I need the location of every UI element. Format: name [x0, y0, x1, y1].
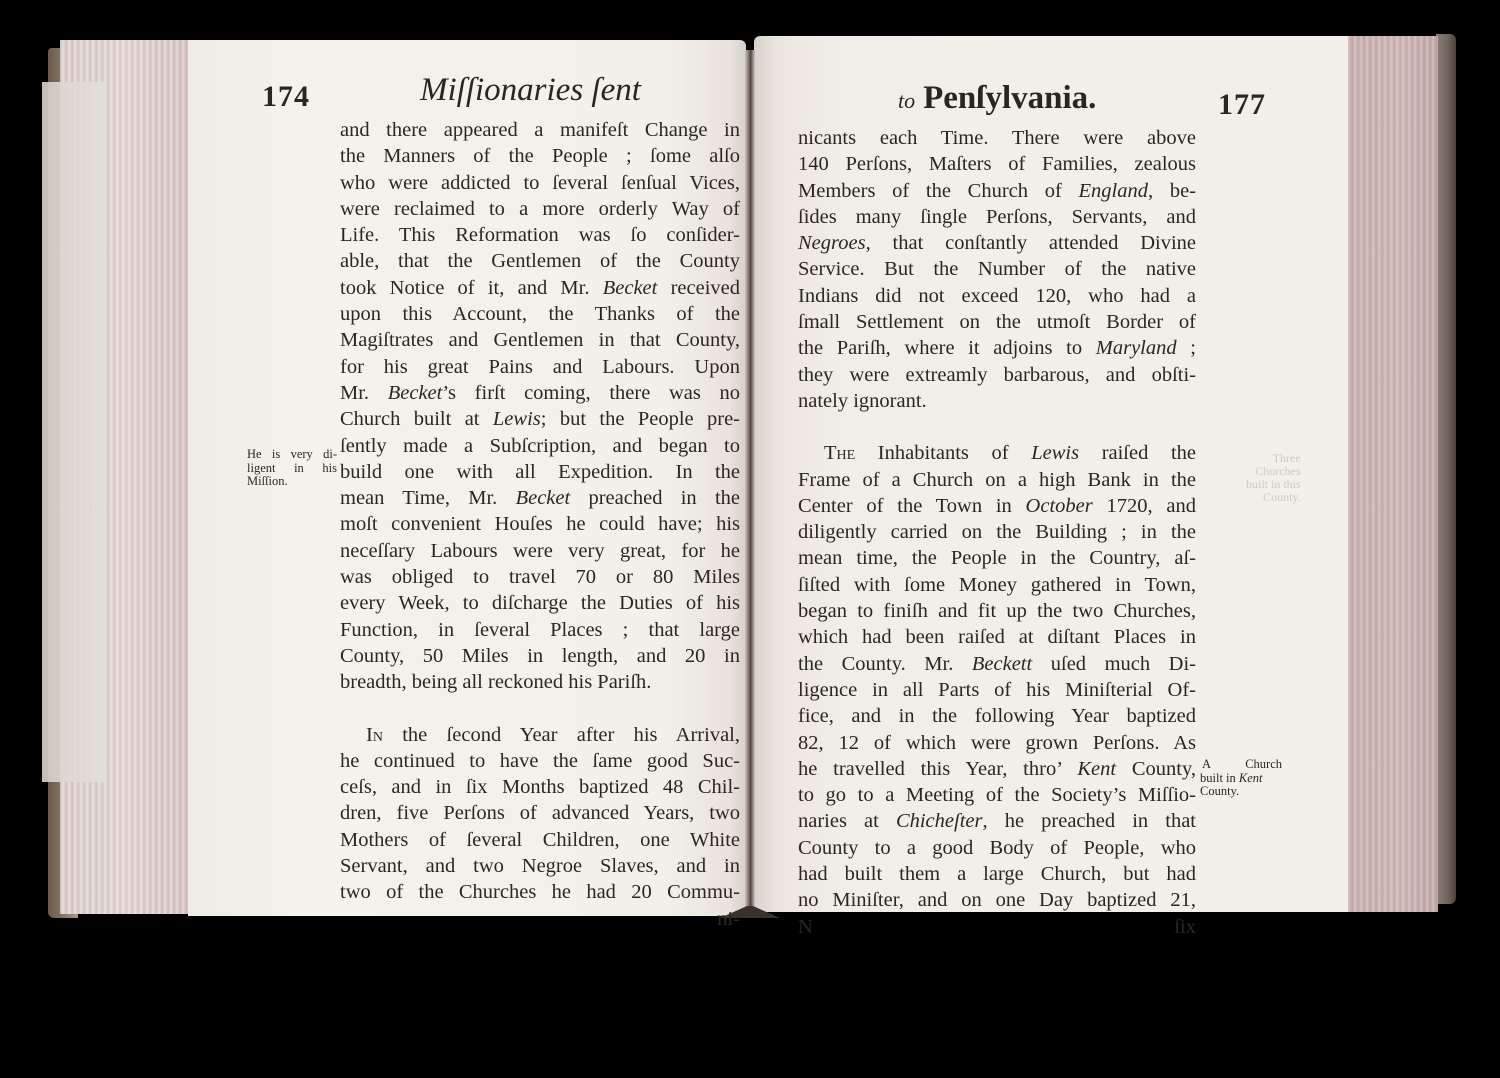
- right-page-stack: [1346, 36, 1438, 912]
- folded-leaf: [42, 82, 106, 782]
- text-line: mean time, the People in the Country, aſ…: [798, 545, 1196, 571]
- text-line: dren, five Perſons of advanced Years, tw…: [340, 800, 740, 826]
- margin-note-line: built in Kent: [1200, 772, 1282, 786]
- paragraph-gap: [798, 414, 1196, 440]
- text-line: Service. But the Number of the native: [798, 256, 1196, 282]
- italic-name: Becket: [516, 487, 571, 509]
- text-line: the Manners of the People ; ſome alſo: [340, 143, 740, 169]
- text-line: naries at Chicheſter, he preached in tha…: [798, 808, 1196, 834]
- text-run: Members of the Church of: [798, 180, 1062, 202]
- paragraph-gap: [340, 696, 740, 722]
- italic-name: Becket: [388, 382, 443, 404]
- text-line: Frame of a Church on a high Bank in the: [798, 467, 1196, 493]
- text-line: ſides many ſingle Perſons, Servants, and: [798, 204, 1196, 230]
- text-run: Mr.: [340, 382, 369, 404]
- text-line: no Miniſter, and on one Day baptized 21,: [798, 887, 1196, 913]
- text-line: upon this Account, the Thanks of the: [340, 301, 740, 327]
- text-run: , that conſtantly attended Divine: [866, 232, 1196, 254]
- right-body-text: nicants each Time. There were above 140 …: [798, 125, 1196, 940]
- left-body-text: and there appeared a manifeſt Change in …: [340, 117, 740, 932]
- dropcap-word: In: [366, 724, 383, 746]
- text-line: every Week, to diſcharge the Duties of h…: [340, 590, 740, 616]
- margin-note-line: ligent in his: [247, 462, 337, 476]
- text-line: he travelled this Year, thro’ Kent Count…: [798, 756, 1196, 782]
- text-line: began to finiſh and fit up the two Churc…: [798, 598, 1196, 624]
- text-line: mean Time, Mr. Becket preached in the: [340, 485, 740, 511]
- catchword: ſix: [1174, 914, 1196, 940]
- text-run: he travelled this Year, thro’: [798, 758, 1062, 780]
- text-line: able, that the Gentlemen of the County: [340, 248, 740, 274]
- margin-note-line: He is very di-: [247, 448, 337, 462]
- text-line: ſently made a Subſcription, and began to: [340, 433, 740, 459]
- italic-place: Chicheſter: [896, 810, 983, 832]
- italic-place: England: [1079, 180, 1148, 202]
- right-cover-edge: [1436, 34, 1456, 904]
- right-margin-note: A Church built in Kent County.: [1200, 758, 1282, 799]
- text-run: naries at: [798, 810, 879, 832]
- italic-place: Lewis: [493, 408, 541, 430]
- text-run: the Pariſh, where it adjoins to: [798, 337, 1082, 359]
- signature-and-catchword: Nſix: [798, 914, 1196, 940]
- text-run: Center of the Town in: [798, 495, 1012, 517]
- text-run: received: [671, 277, 740, 299]
- text-run: the County. Mr.: [798, 653, 953, 675]
- italic-place: Kent: [1077, 758, 1116, 780]
- text-line: In the ſecond Year after his Arrival,: [340, 722, 740, 748]
- text-line: for his great Pains and Labours. Upon: [340, 354, 740, 380]
- text-line: and there appeared a manifeſt Change in: [340, 117, 740, 143]
- text-line: ligence in all Parts of his Miniſterial …: [798, 677, 1196, 703]
- italic-name: Beckett: [972, 653, 1032, 675]
- text-line: moſt convenient Houſes he could have; hi…: [340, 511, 740, 537]
- text-run: Church built at: [340, 408, 480, 430]
- text-run: 1720, and: [1107, 495, 1197, 517]
- text-line: build one with all Expedition. In the: [340, 459, 740, 485]
- text-run: mean Time, Mr.: [340, 487, 497, 509]
- text-run: ; but the People pre-: [541, 408, 740, 430]
- text-line: The Inhabitants of Lewis raiſed the: [798, 440, 1196, 466]
- text-run: took Notice of it, and Mr.: [340, 277, 589, 299]
- italic-name: Becket: [603, 277, 658, 299]
- text-line: Mr. Becket’s firſt coming, there was no: [340, 380, 740, 406]
- text-line: he continued to have the ſame good Suc-: [340, 748, 740, 774]
- text-run: , he preached in that: [982, 810, 1196, 832]
- text-line: Servant, and two Negroe Slaves, and in: [340, 853, 740, 879]
- text-line: County to a good Body of People, who: [798, 835, 1196, 861]
- margin-note-line: A Church: [1200, 758, 1282, 772]
- italic-place: Kent: [1239, 771, 1263, 785]
- text-line: Center of the Town in October 1720, and: [798, 493, 1196, 519]
- text-line: nicants each Time. There were above: [798, 125, 1196, 151]
- text-line: Magiſtrates and Gentlemen in that County…: [340, 327, 740, 353]
- text-line: two of the Churches he had 20 Commu-: [340, 879, 740, 905]
- right-page-number: 177: [1218, 88, 1266, 122]
- text-line: diligently carried on the Building ; in …: [798, 519, 1196, 545]
- ghost-line: County.: [1246, 491, 1301, 504]
- left-margin-note: He is very di- ligent in his Miſſion.: [247, 448, 337, 489]
- text-run: ;: [1177, 337, 1196, 359]
- left-running-head: Miſſionaries ſent: [420, 72, 641, 109]
- text-line: Negroes, that conſtantly attended Divine: [798, 230, 1196, 256]
- text-line: took Notice of it, and Mr. Becket receiv…: [340, 275, 740, 301]
- text-line: nately ignorant.: [798, 388, 1196, 414]
- text-line: Church built at Lewis; but the People pr…: [340, 406, 740, 432]
- italic-month: October: [1026, 495, 1093, 517]
- text-line: Function, in ſeveral Places ; that large: [340, 617, 740, 643]
- text-line: to go to a Meeting of the Society’s Miſſ…: [798, 782, 1196, 808]
- book-gutter: [745, 50, 755, 910]
- text-line: 82, 12 of which were grown Perſons. As: [798, 730, 1196, 756]
- italic-place: Lewis: [1031, 442, 1079, 464]
- text-line: were reclaimed to a more orderly Way of: [340, 196, 740, 222]
- text-line: which had been raiſed at diſtant Places …: [798, 624, 1196, 650]
- text-line: Mothers of ſeveral Children, one White: [340, 827, 740, 853]
- text-line: was obliged to travel 70 or 80 Miles: [340, 564, 740, 590]
- right-running-head: toPenſylvania.: [898, 80, 1096, 117]
- text-line: Indians did not exceed 120, who had a: [798, 283, 1196, 309]
- text-run: ’s firſt coming, there was no: [442, 382, 740, 404]
- dropcap-word: The: [824, 442, 855, 464]
- text-line: the Pariſh, where it adjoins to Maryland…: [798, 335, 1196, 361]
- text-line: breadth, being all reckoned his Pariſh.: [340, 669, 740, 695]
- text-line: 140 Perſons, Maſters of Families, zealou…: [798, 151, 1196, 177]
- text-line: ſiſted with ſome Money gathered in Town,: [798, 572, 1196, 598]
- text-run: the ſecond Year after his Arrival,: [383, 724, 740, 746]
- text-run: preached in the: [588, 487, 740, 509]
- text-line: the County. Mr. Beckett uſed much Di-: [798, 651, 1196, 677]
- text-run: built in: [1200, 771, 1236, 785]
- text-run: , be-: [1148, 180, 1196, 202]
- text-line: ceſs, and in ſix Months baptized 48 Chil…: [340, 774, 740, 800]
- text-run: County,: [1132, 758, 1196, 780]
- signature-mark: N: [798, 914, 1196, 940]
- catchword: ni-: [340, 906, 740, 932]
- open-book: 174 Miſſionaries ſent toPenſylvania. 177…: [0, 0, 1500, 1078]
- text-line: Members of the Church of England, be-: [798, 178, 1196, 204]
- show-through-margin-note: Three Churches built in this County.: [1246, 452, 1301, 504]
- text-line: County, 50 Miles in length, and 20 in: [340, 643, 740, 669]
- text-line: who were addicted to ſeveral ſenſual Vic…: [340, 170, 740, 196]
- text-line: neceſſary Labours were very great, for h…: [340, 538, 740, 564]
- margin-note-line: County.: [1200, 785, 1282, 799]
- italic-place: Maryland: [1096, 337, 1177, 359]
- text-line: Life. This Reformation was ſo conſider-: [340, 222, 740, 248]
- text-line: had built them a large Church, but had: [798, 861, 1196, 887]
- running-head-prefix: to: [898, 88, 915, 113]
- text-run: Inhabitants of: [855, 442, 1008, 464]
- running-head-title: Penſylvania.: [923, 80, 1096, 116]
- text-run: raiſed the: [1102, 442, 1196, 464]
- text-run: uſed much Di-: [1051, 653, 1196, 675]
- text-line: ſmall Settlement on the utmoſt Border of: [798, 309, 1196, 335]
- left-page-number: 174: [262, 80, 310, 114]
- text-line: fice, and in the following Year baptized: [798, 703, 1196, 729]
- italic-word: Negroes: [798, 232, 866, 254]
- margin-note-line: Miſſion.: [247, 475, 337, 489]
- text-line: they were extreamly barbarous, and obſti…: [798, 362, 1196, 388]
